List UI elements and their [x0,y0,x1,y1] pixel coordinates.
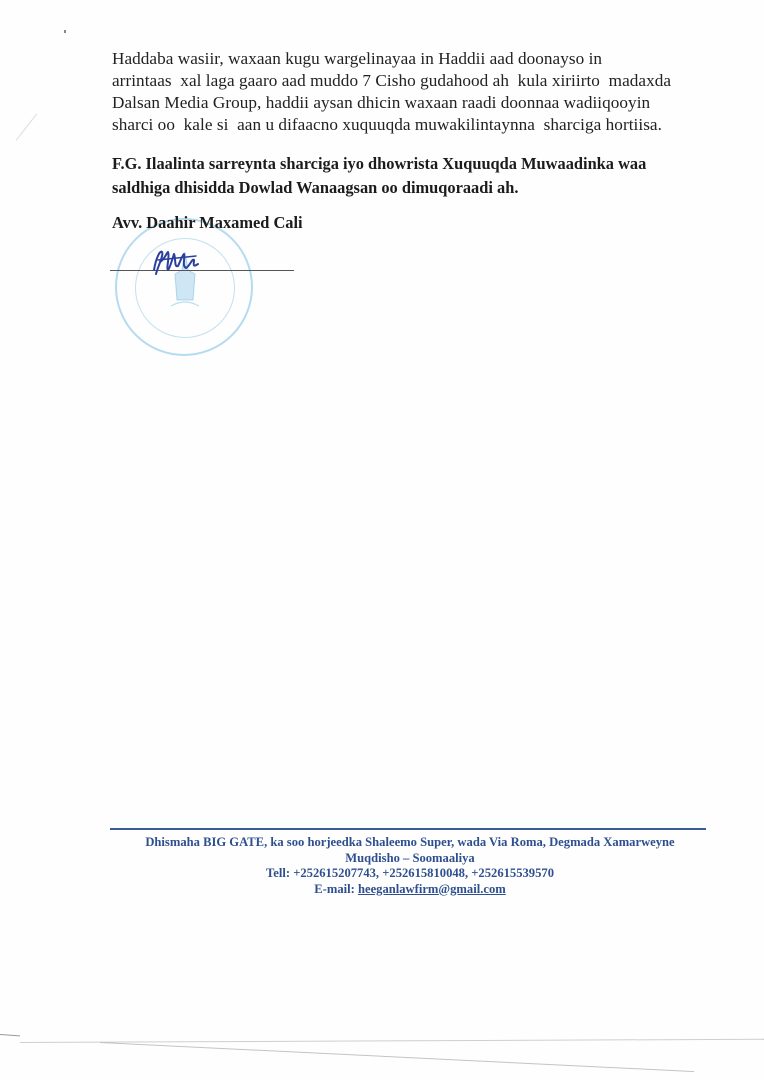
document-page: Haddaba wasiir, waxaan kugu wargelinayaa… [0,0,764,1080]
body-line: Dalsan Media Group, haddii aysan dhicin … [112,92,712,114]
scan-mark [64,30,66,33]
footer-divider [110,828,706,830]
email-link[interactable]: heeganlawfirm@gmail.com [358,882,506,896]
official-seal-stamp-icon [115,218,253,356]
body-line: arrintaas xal laga gaaro aad muddo 7 Cis… [112,70,712,92]
note-line: saldhiga dhisidda Dowlad Wanaagsan oo di… [112,176,732,200]
scan-edge-line [0,1034,20,1036]
note-paragraph: F.G. Ilaalinta sarreynta sharciga iyo dh… [112,152,732,200]
footer-address: Dhismaha BIG GATE, ka soo horjeedka Shal… [100,835,720,851]
email-label: E-mail: [314,882,355,896]
scan-crease [16,113,38,140]
body-line: sharci oo kale si aan u difaacno xuquuqd… [112,114,712,136]
footer-email: E-mail: heeganlawfirm@gmail.com [100,882,720,898]
handwritten-signature-icon [148,246,208,278]
footer-city: Muqdisho – Soomaaliya [100,851,720,867]
body-line: Haddaba wasiir, waxaan kugu wargelinayaa… [112,48,712,70]
phone-numbers: +252615207743, +252615810048, +252615539… [293,866,554,880]
scan-edge-line [100,1042,694,1072]
phone-label: Tell: [266,866,290,880]
footer-phones: Tell: +252615207743, +252615810048, +252… [100,866,720,882]
letterhead-footer: Dhismaha BIG GATE, ka soo horjeedka Shal… [100,835,720,897]
signer-name: Avv. Daahir Maxamed Cali [112,213,303,233]
letter-body-paragraph: Haddaba wasiir, waxaan kugu wargelinayaa… [112,48,712,136]
scan-edge-line [20,1039,764,1043]
note-line: F.G. Ilaalinta sarreynta sharciga iyo dh… [112,152,732,176]
